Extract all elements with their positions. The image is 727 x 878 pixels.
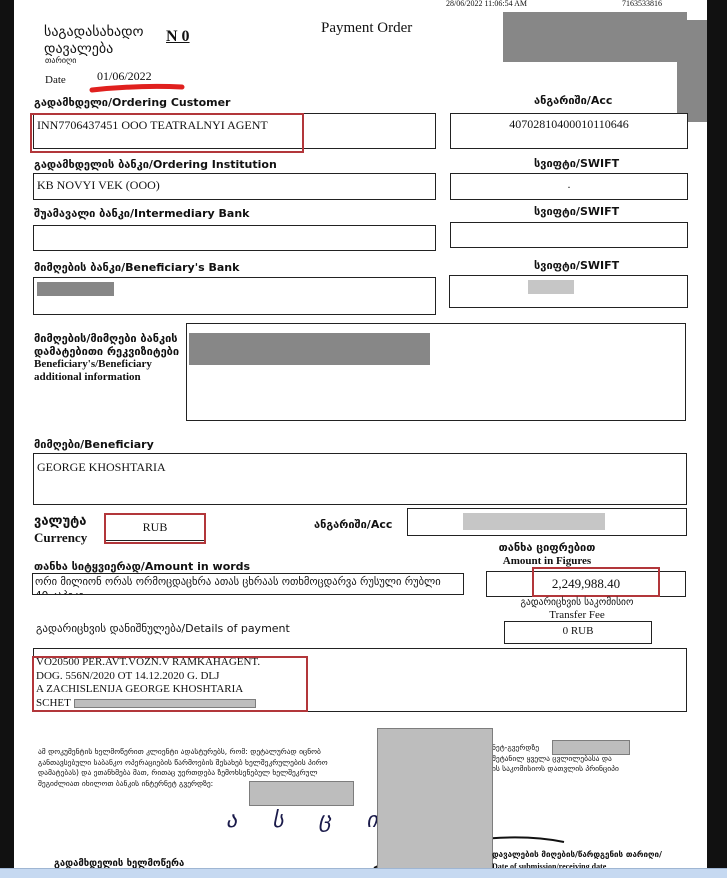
redacted-additional-info	[189, 333, 430, 365]
beneficiary-bank-field	[33, 277, 436, 315]
transfer-fee-label: Transfer Fee	[492, 609, 662, 621]
currency-label: Currency	[34, 530, 87, 546]
order-number: N 0	[166, 28, 190, 46]
amount-figures-label-georgian: თანხა ციფრებით	[482, 541, 612, 554]
highlight-box	[532, 567, 660, 597]
beneficiary-additional-label: მიმღების/მიმღები ბანკის დამატებითი რეკვი…	[34, 332, 179, 384]
intermediary-bank-label: შუამავალი ბანკი/Intermediary Bank	[34, 207, 249, 220]
redacted-swift	[528, 280, 574, 294]
highlight-box	[30, 113, 304, 153]
amount-words-value-line2: 40 კაპიკი	[35, 590, 84, 595]
redacted-stamp	[377, 728, 493, 878]
transfer-fee-field: 0 RUB	[504, 621, 652, 644]
amount-words-field: ორი მილიონ ორას ორმოცდაცხრა ათას ცხრაას …	[32, 573, 464, 595]
acc-label: ანგარიში/Acc	[534, 94, 612, 107]
amount-figures-label: Amount in Figures	[482, 555, 612, 567]
ordering-acc-value: 40702810400010110646	[451, 117, 687, 132]
redacted-beneficiary-bank	[37, 282, 114, 296]
highlight-box	[32, 656, 308, 712]
transfer-fee-value: 0 RUB	[505, 625, 651, 637]
redacted-acc	[463, 513, 605, 530]
amount-words-label: თანხა სიტყვიერად/Amount in words	[34, 560, 250, 573]
print-timestamp: 28/06/2022 11:06:54 AM	[446, 0, 527, 8]
ordering-customer-label: გადამხდელი/Ordering Customer	[34, 96, 230, 109]
swift-label: სვიფტი/SWIFT	[534, 205, 619, 218]
beneficiary-label: მიმღები/Beneficiary	[34, 438, 154, 451]
ordering-swift-value: .	[451, 177, 687, 192]
viewer-bottom-bar	[0, 868, 727, 878]
title-georgian: საგადასახადო დავალება	[44, 24, 144, 58]
beneficiary-bank-label: მიმღების ბანკი/Beneficiary's Bank	[34, 261, 239, 274]
beneficiary-acc-label: ანგარიში/Acc	[314, 518, 392, 531]
highlight-box	[104, 513, 206, 544]
currency-label-georgian: ვალუტა	[34, 514, 86, 529]
ordering-swift-field: .	[450, 173, 688, 200]
red-underline-mark	[88, 82, 188, 94]
transfer-fee-label-georgian: გადარიცხვის საკომისიო	[492, 597, 662, 608]
intermediary-swift-field	[450, 222, 688, 248]
intermediary-bank-field	[33, 225, 436, 251]
redacted-url	[552, 740, 630, 755]
ordering-institution-label: გადამხდელის ბანკი/Ordering Institution	[34, 158, 277, 171]
submission-date-label: დავალების მიღების/წარდგენის თარიღი/	[492, 850, 662, 859]
beneficiary-field: GEORGE KHOSHTARIA	[33, 453, 687, 505]
details-label: გადარიცხვის დანიშნულება/Details of payme…	[36, 622, 290, 635]
swift-label: სვიფტი/SWIFT	[534, 157, 619, 170]
date-label: Date	[45, 74, 66, 86]
page-title: Payment Order	[321, 20, 412, 37]
ordering-acc-field: 40702810400010110646	[450, 113, 688, 149]
swift-label: სვიფტი/SWIFT	[534, 259, 619, 272]
beneficiary-additional-field	[186, 323, 686, 421]
ordering-institution-field: KB NOVYI VEK (OOO)	[33, 173, 436, 200]
print-reference: 7163533816	[622, 0, 662, 8]
redacted-block	[503, 12, 687, 62]
date-label-georgian: თარიღი	[45, 56, 76, 65]
payment-order-page: 28/06/2022 11:06:54 AM 7163533816 საგადა…	[14, 0, 707, 878]
beneficiary-acc-field	[407, 508, 687, 536]
amount-words-value: ორი მილიონ ორას ორმოცდაცხრა ათას ცხრაას …	[35, 576, 441, 588]
ordering-institution-value: KB NOVYI VEK (OOO)	[37, 178, 160, 193]
beneficiary-value: GEORGE KHOSHTARIA	[37, 460, 166, 475]
beneficiary-swift-field	[449, 275, 688, 308]
redacted-url	[249, 781, 354, 806]
redacted-block	[677, 20, 707, 122]
